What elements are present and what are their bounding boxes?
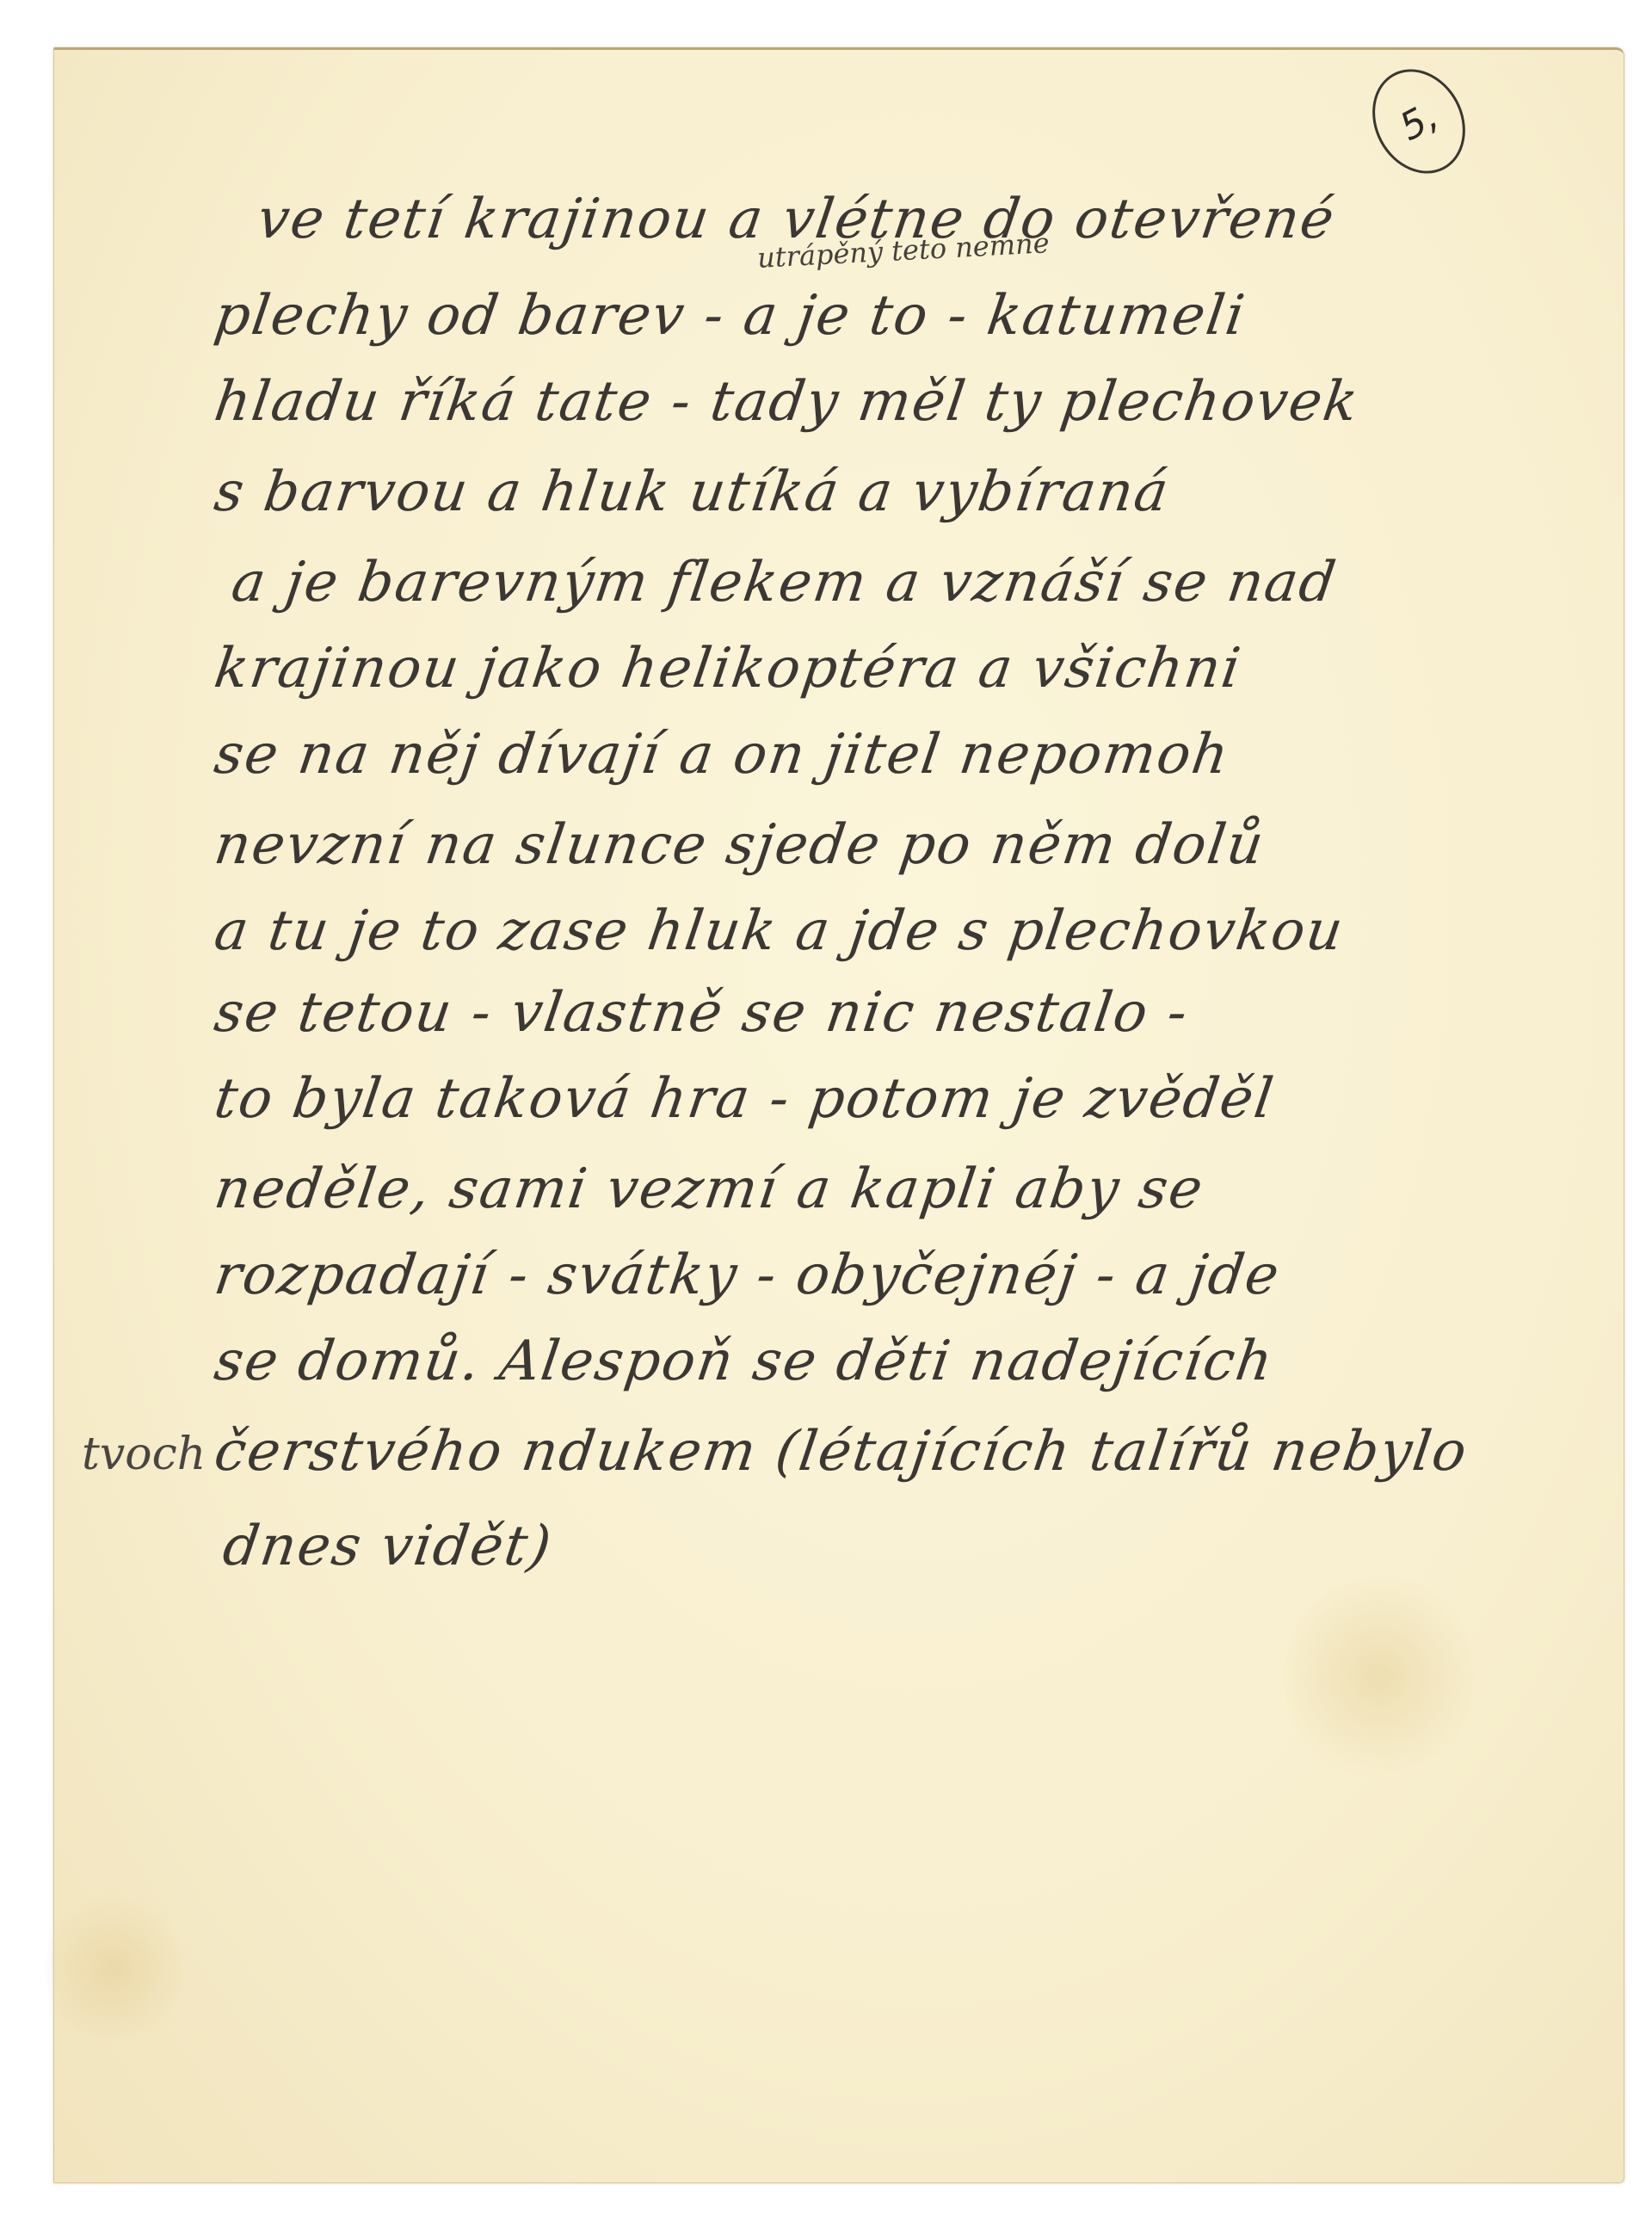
text-line-6: krajinou jako helikoptéra a všichni xyxy=(211,637,1246,701)
text-line-2: plechy od barev - a je to - katumeli xyxy=(211,284,1250,348)
text-line-5: a je barevným flekem a vznáší se nad xyxy=(228,551,1341,614)
text-line-14: se domů. Alespoň se děti nadejících xyxy=(211,1330,1278,1393)
text-line-10: se tetou - vlastně se nic nestalo - xyxy=(211,981,1193,1045)
text-line-15: čerstvého ndukem (létajících talířů neby… xyxy=(211,1420,1472,1484)
text-line-8: nevzní na slunce sjede po něm dolů xyxy=(211,813,1269,877)
paper-stain xyxy=(1285,1565,1474,1788)
text-line-12: neděle, sami vezmí a kapli aby se xyxy=(211,1157,1208,1221)
text-line-16: dnes vidět) xyxy=(219,1515,557,1578)
text-line-1: ve tetí krajinou a vlétne do otevřené xyxy=(254,188,1340,251)
text-line-4: s barvou a hluk utíká a vybíraná xyxy=(211,460,1174,524)
text-line-9: a tu je to zase hluk a jde s plechovkou xyxy=(211,899,1348,963)
text-line-11: to byla taková hra - potom je zvěděl xyxy=(211,1067,1279,1131)
paper-stain xyxy=(46,1883,183,2055)
text-line-3: hladu říká tate - tady měl ty plechovek xyxy=(211,370,1364,434)
text-line-13: rozpadají - svátky - obyčejnéj - a jde xyxy=(211,1244,1285,1307)
margin-note: tvoch xyxy=(82,1429,206,1480)
text-line-7: se na něj dívají a on jitel nepomoh xyxy=(211,723,1234,787)
